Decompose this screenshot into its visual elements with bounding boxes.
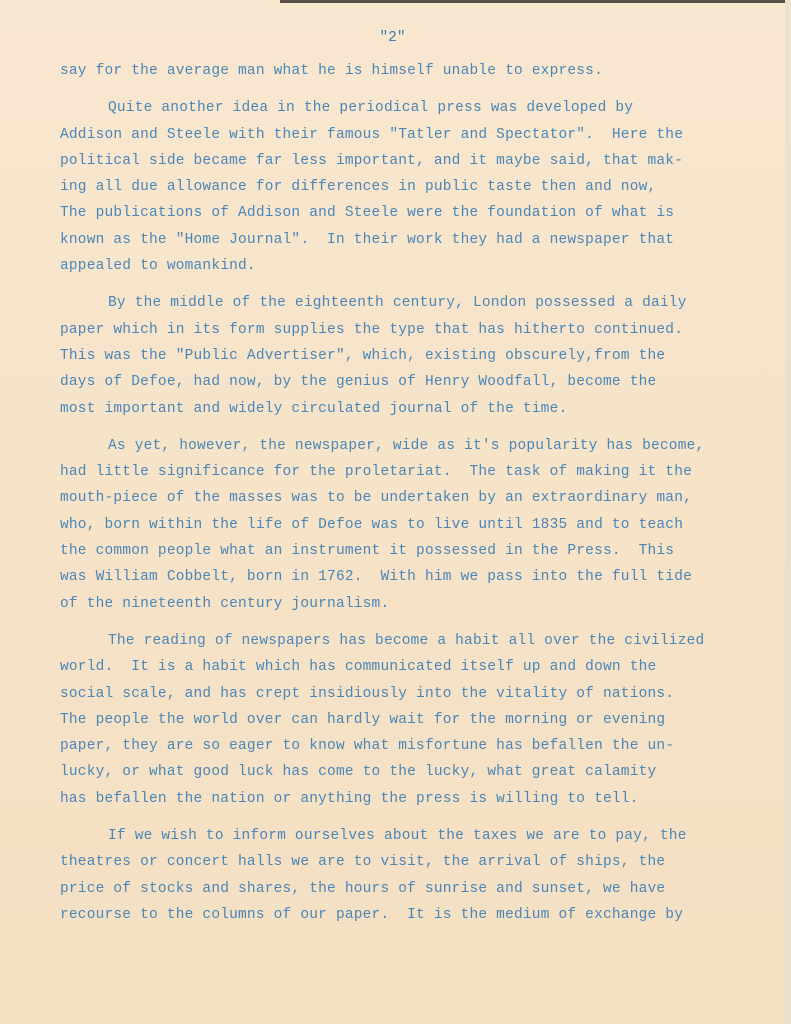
text-line: of the nineteenth century journalism.	[60, 591, 760, 617]
text-line: paper, they are so eager to know what mi…	[60, 733, 760, 759]
text-line: By the middle of the eighteenth century,…	[60, 290, 760, 316]
page-edge-shadow	[280, 0, 785, 3]
text-line: has befallen the nation or anything the …	[60, 786, 760, 812]
text-line: recourse to the columns of our paper. It…	[60, 902, 760, 928]
text-line: the common people what an instrument it …	[60, 538, 760, 564]
text-line: Quite another idea in the periodical pre…	[60, 95, 760, 121]
text-line: ing all due allowance for differences in…	[60, 174, 760, 200]
document-body: say for the average man what he is himse…	[60, 58, 760, 928]
paragraph: By the middle of the eighteenth century,…	[60, 290, 760, 421]
paragraph-gap	[60, 422, 760, 433]
text-line: known as the "Home Journal". In their wo…	[60, 227, 760, 253]
paragraph-gap	[60, 84, 760, 95]
text-line: As yet, however, the newspaper, wide as …	[60, 433, 760, 459]
paragraph: Quite another idea in the periodical pre…	[60, 95, 760, 279]
paragraph-gap	[60, 812, 760, 823]
text-line: mouth-piece of the masses was to be unde…	[60, 485, 760, 511]
text-line: Addison and Steele with their famous "Ta…	[60, 122, 760, 148]
page-edge	[785, 0, 791, 1024]
page-number: "2"	[0, 30, 785, 46]
text-line: say for the average man what he is himse…	[60, 58, 760, 84]
text-line: The people the world over can hardly wai…	[60, 707, 760, 733]
text-line: The publications of Addison and Steele w…	[60, 200, 760, 226]
text-line: who, born within the life of Defoe was t…	[60, 512, 760, 538]
text-line: paper which in its form supplies the typ…	[60, 317, 760, 343]
paragraph: As yet, however, the newspaper, wide as …	[60, 433, 760, 617]
text-line: The reading of newspapers has become a h…	[60, 628, 760, 654]
text-line: price of stocks and shares, the hours of…	[60, 876, 760, 902]
text-line: political side became far less important…	[60, 148, 760, 174]
text-line: days of Defoe, had now, by the genius of…	[60, 369, 760, 395]
text-line: most important and widely circulated jou…	[60, 396, 760, 422]
paragraph: The reading of newspapers has become a h…	[60, 628, 760, 812]
text-line: had little significance for the proletar…	[60, 459, 760, 485]
text-line: was William Cobbelt, born in 1762. With …	[60, 564, 760, 590]
paragraph: say for the average man what he is himse…	[60, 58, 760, 84]
text-line: lucky, or what good luck has come to the…	[60, 759, 760, 785]
text-line: This was the "Public Advertiser", which,…	[60, 343, 760, 369]
paragraph-gap	[60, 617, 760, 628]
paragraph-gap	[60, 279, 760, 290]
text-line: appealed to womankind.	[60, 253, 760, 279]
text-line: social scale, and has crept insidiously …	[60, 681, 760, 707]
text-line: theatres or concert halls we are to visi…	[60, 849, 760, 875]
paragraph: If we wish to inform ourselves about the…	[60, 823, 760, 928]
text-line: If we wish to inform ourselves about the…	[60, 823, 760, 849]
text-line: world. It is a habit which has communica…	[60, 654, 760, 680]
